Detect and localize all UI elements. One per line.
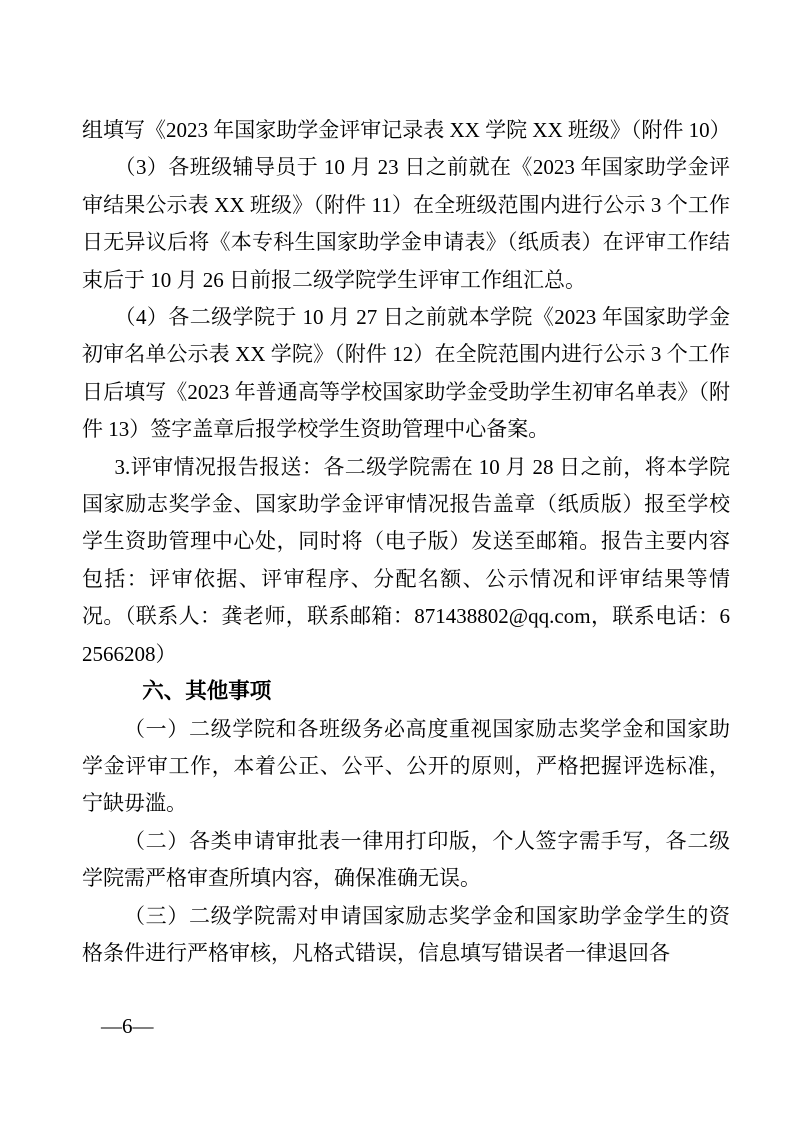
document-page: 组填写《2023 年国家助学金评审记录表 XX 学院 XX 班级》（附件 10）…	[0, 0, 793, 1122]
section-heading-other-matters: 六、其他事项	[82, 673, 730, 710]
page-number: —6—	[101, 1012, 154, 1040]
paragraph-other-2: （二）各类申请审批表一律用打印版，个人签字需手写，各二级学院需严格审查所填内容，…	[82, 823, 730, 898]
paragraph-other-3: （三）二级学院需对申请国家励志奖学金和国家助学金学生的资格条件进行严格审核，凡格…	[82, 898, 730, 973]
paragraph-report-submission: 3.评审情况报告报送：各二级学院需在 10 月 28 日之前，将本学院国家励志奖…	[82, 449, 730, 673]
document-body: 组填写《2023 年国家助学金评审记录表 XX 学院 XX 班级》（附件 10）…	[82, 112, 730, 972]
paragraph-item-3: （3）各班级辅导员于 10 月 23 日之前就在《2023 年国家助学金评审结果…	[82, 149, 730, 299]
paragraph-item-4: （4）各二级学院于 10 月 27 日之前就本学院《2023 年国家助学金初审名…	[82, 299, 730, 449]
paragraph-other-1: （一）二级学院和各班级务必高度重视国家励志奖学金和国家助学金评审工作，本着公正、…	[82, 711, 730, 823]
paragraph-continuation: 组填写《2023 年国家助学金评审记录表 XX 学院 XX 班级》（附件 10）	[82, 112, 730, 149]
